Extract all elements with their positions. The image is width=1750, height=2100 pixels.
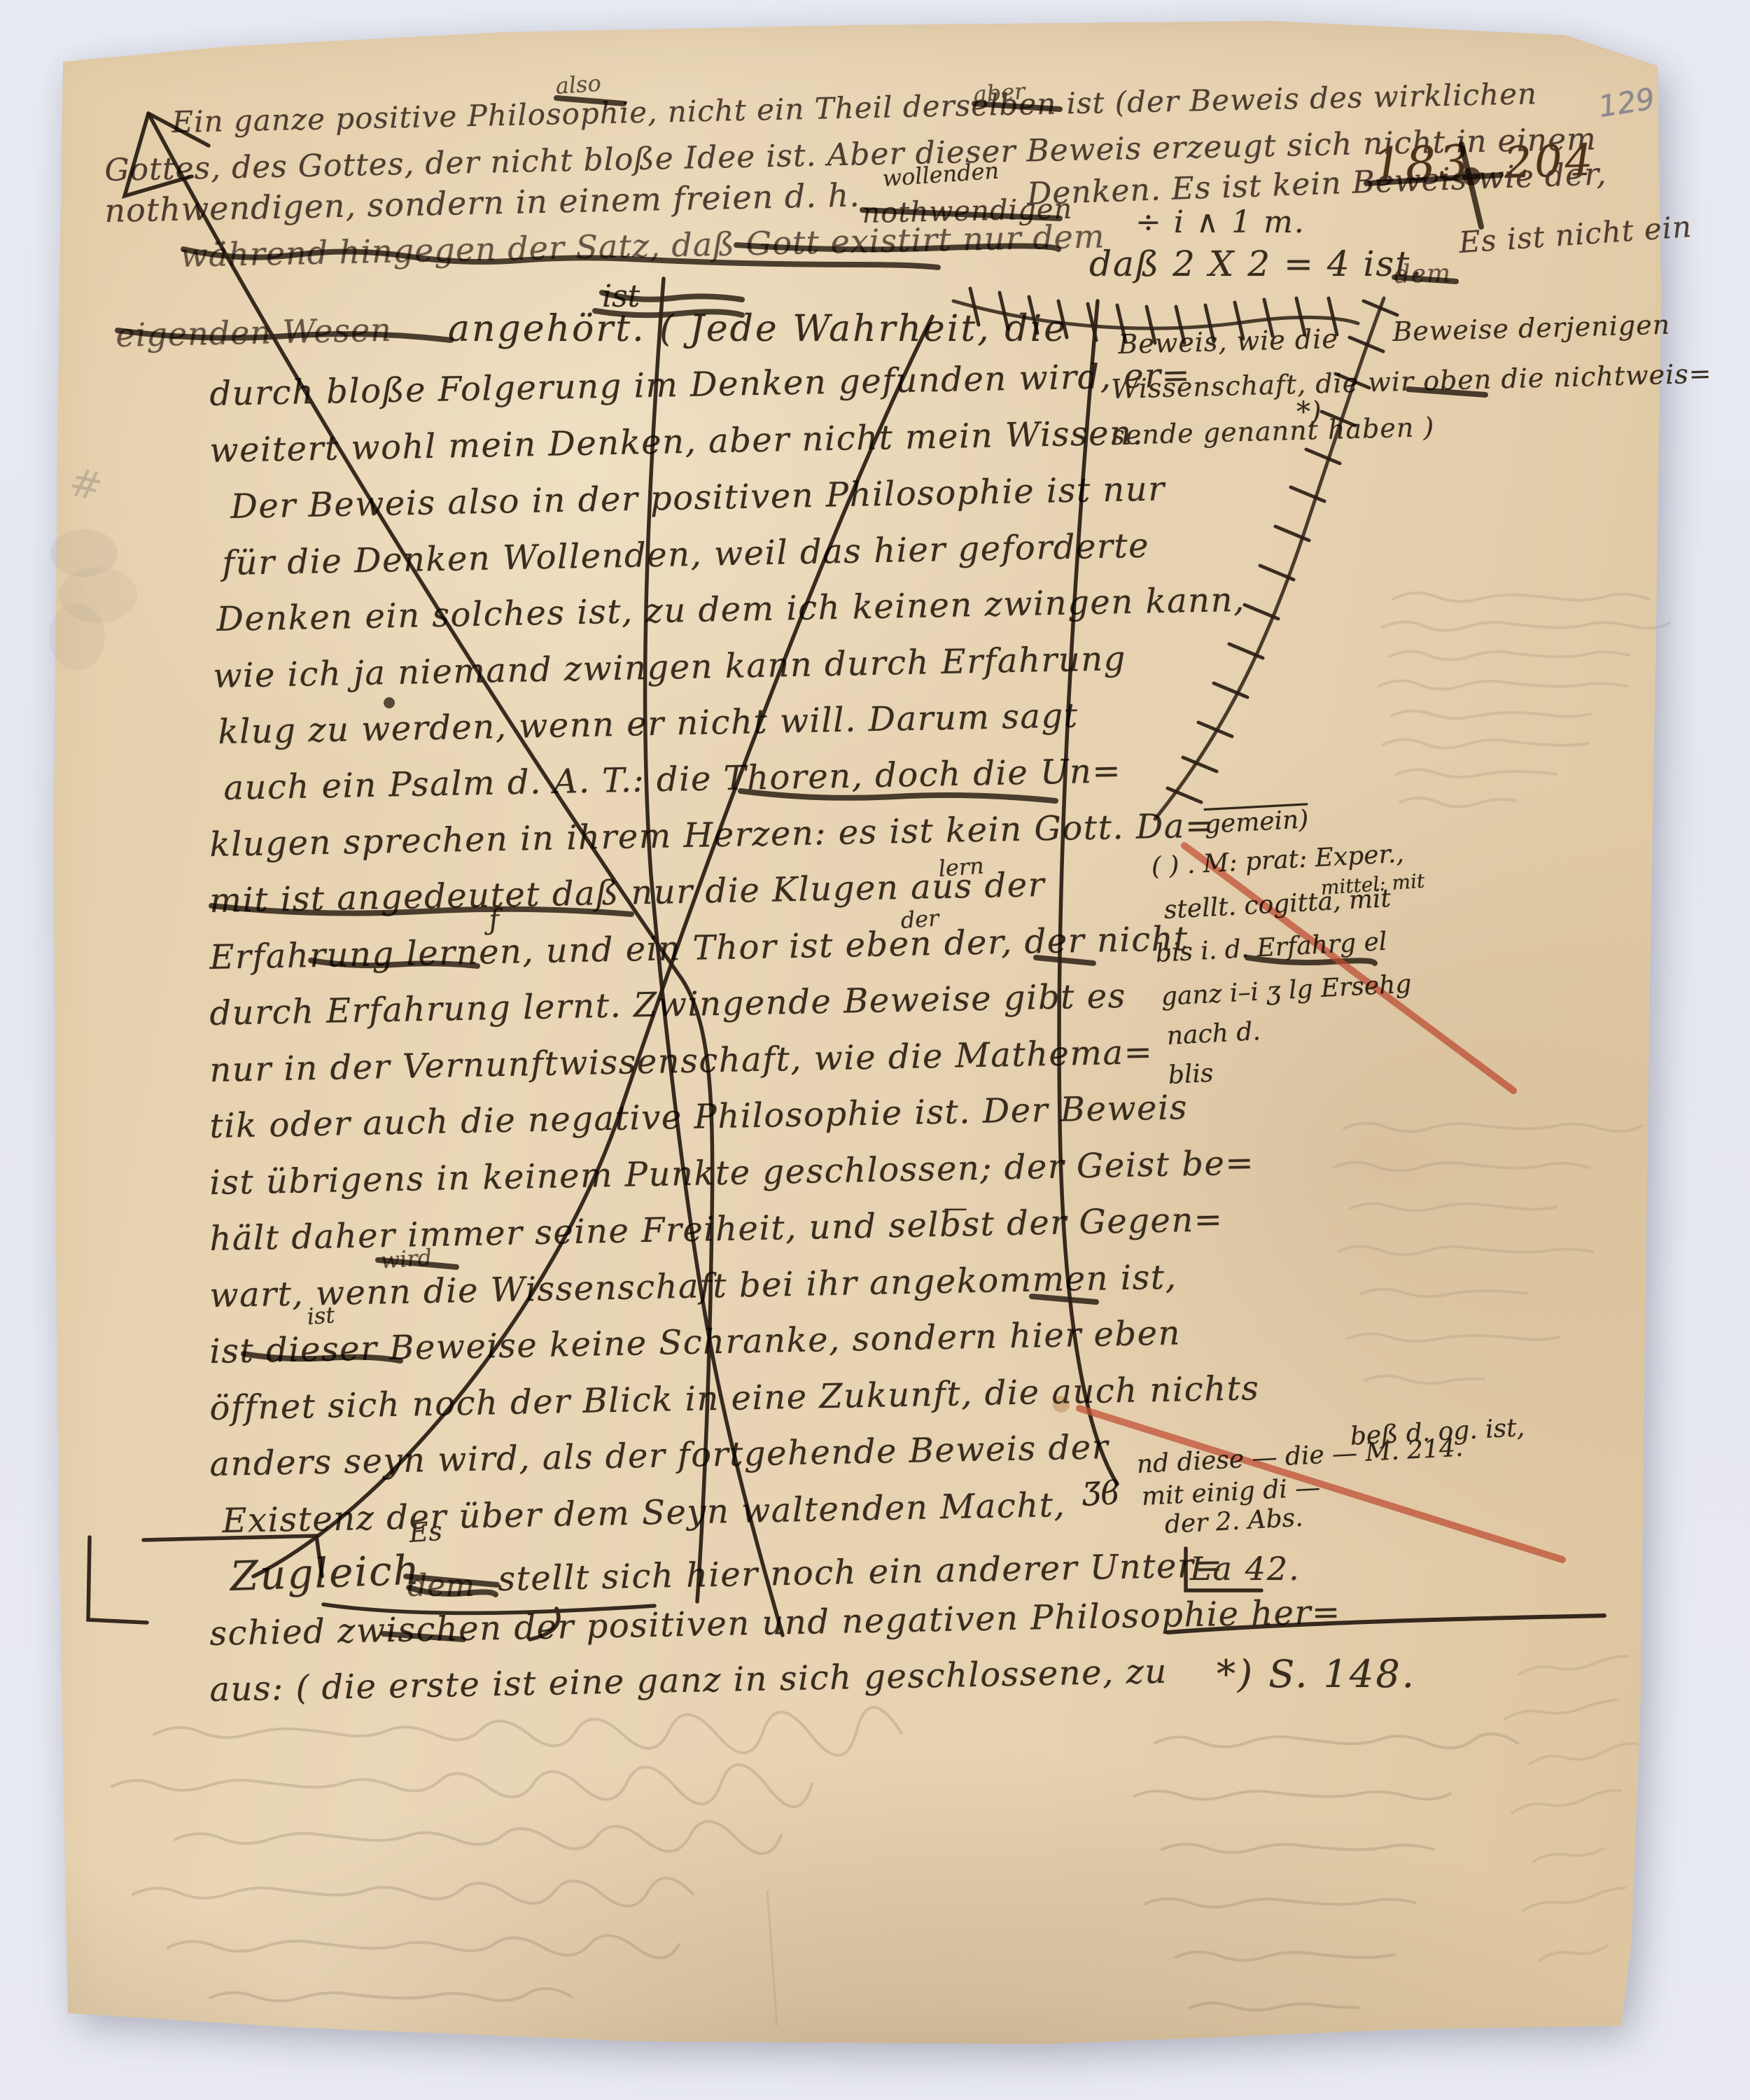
reference-la-42: La 42. bbox=[1190, 1550, 1301, 1588]
right-column-line: Beweis, wie die bbox=[1118, 323, 1339, 360]
insertion-struck-wird: wird bbox=[379, 1244, 433, 1274]
shorthand-formula: ÷ i ∧ 1 m. bbox=[1135, 204, 1305, 240]
equation-2x2: daß 2 X 2 = 4 ist. bbox=[1089, 244, 1423, 284]
insertion-lern: lern bbox=[937, 853, 985, 882]
struck-word-after-zugleich: dem bbox=[407, 1568, 475, 1604]
top-insertion-struck-1: also bbox=[554, 70, 601, 99]
scanned-manuscript-page: { "page": { "kind": "handwritten manuscr… bbox=[0, 0, 1750, 2100]
footnote-marker-inline: *) bbox=[1296, 396, 1322, 428]
margin-note-heading: gemein) bbox=[1204, 805, 1309, 839]
manuscript-line-jede-wahrheit: angehört. ( Jede Wahrheit, die bbox=[448, 308, 1067, 350]
scribbled-word-ist: ist bbox=[602, 279, 640, 314]
insertion-mark-f: ƒ bbox=[488, 904, 500, 937]
struck-word-dem: dem bbox=[1394, 259, 1451, 289]
word-zugleich: Zugleich bbox=[230, 1546, 421, 1600]
deletion-squiggle-mark: Ʒϐ bbox=[1081, 1473, 1121, 1513]
insertion-es: Es bbox=[408, 1515, 443, 1548]
insertion-der: der bbox=[899, 904, 939, 934]
insertion-ist: ist bbox=[306, 1301, 335, 1330]
margin-note-line: nach d. bbox=[1166, 1017, 1261, 1051]
emphasis-bar: — bbox=[944, 1194, 967, 1222]
footnote-text: *) S. 148. bbox=[1217, 1652, 1416, 1696]
margin-note-line: blis bbox=[1168, 1059, 1214, 1090]
struck-words-wesen: eigenden Wesen bbox=[115, 311, 392, 354]
